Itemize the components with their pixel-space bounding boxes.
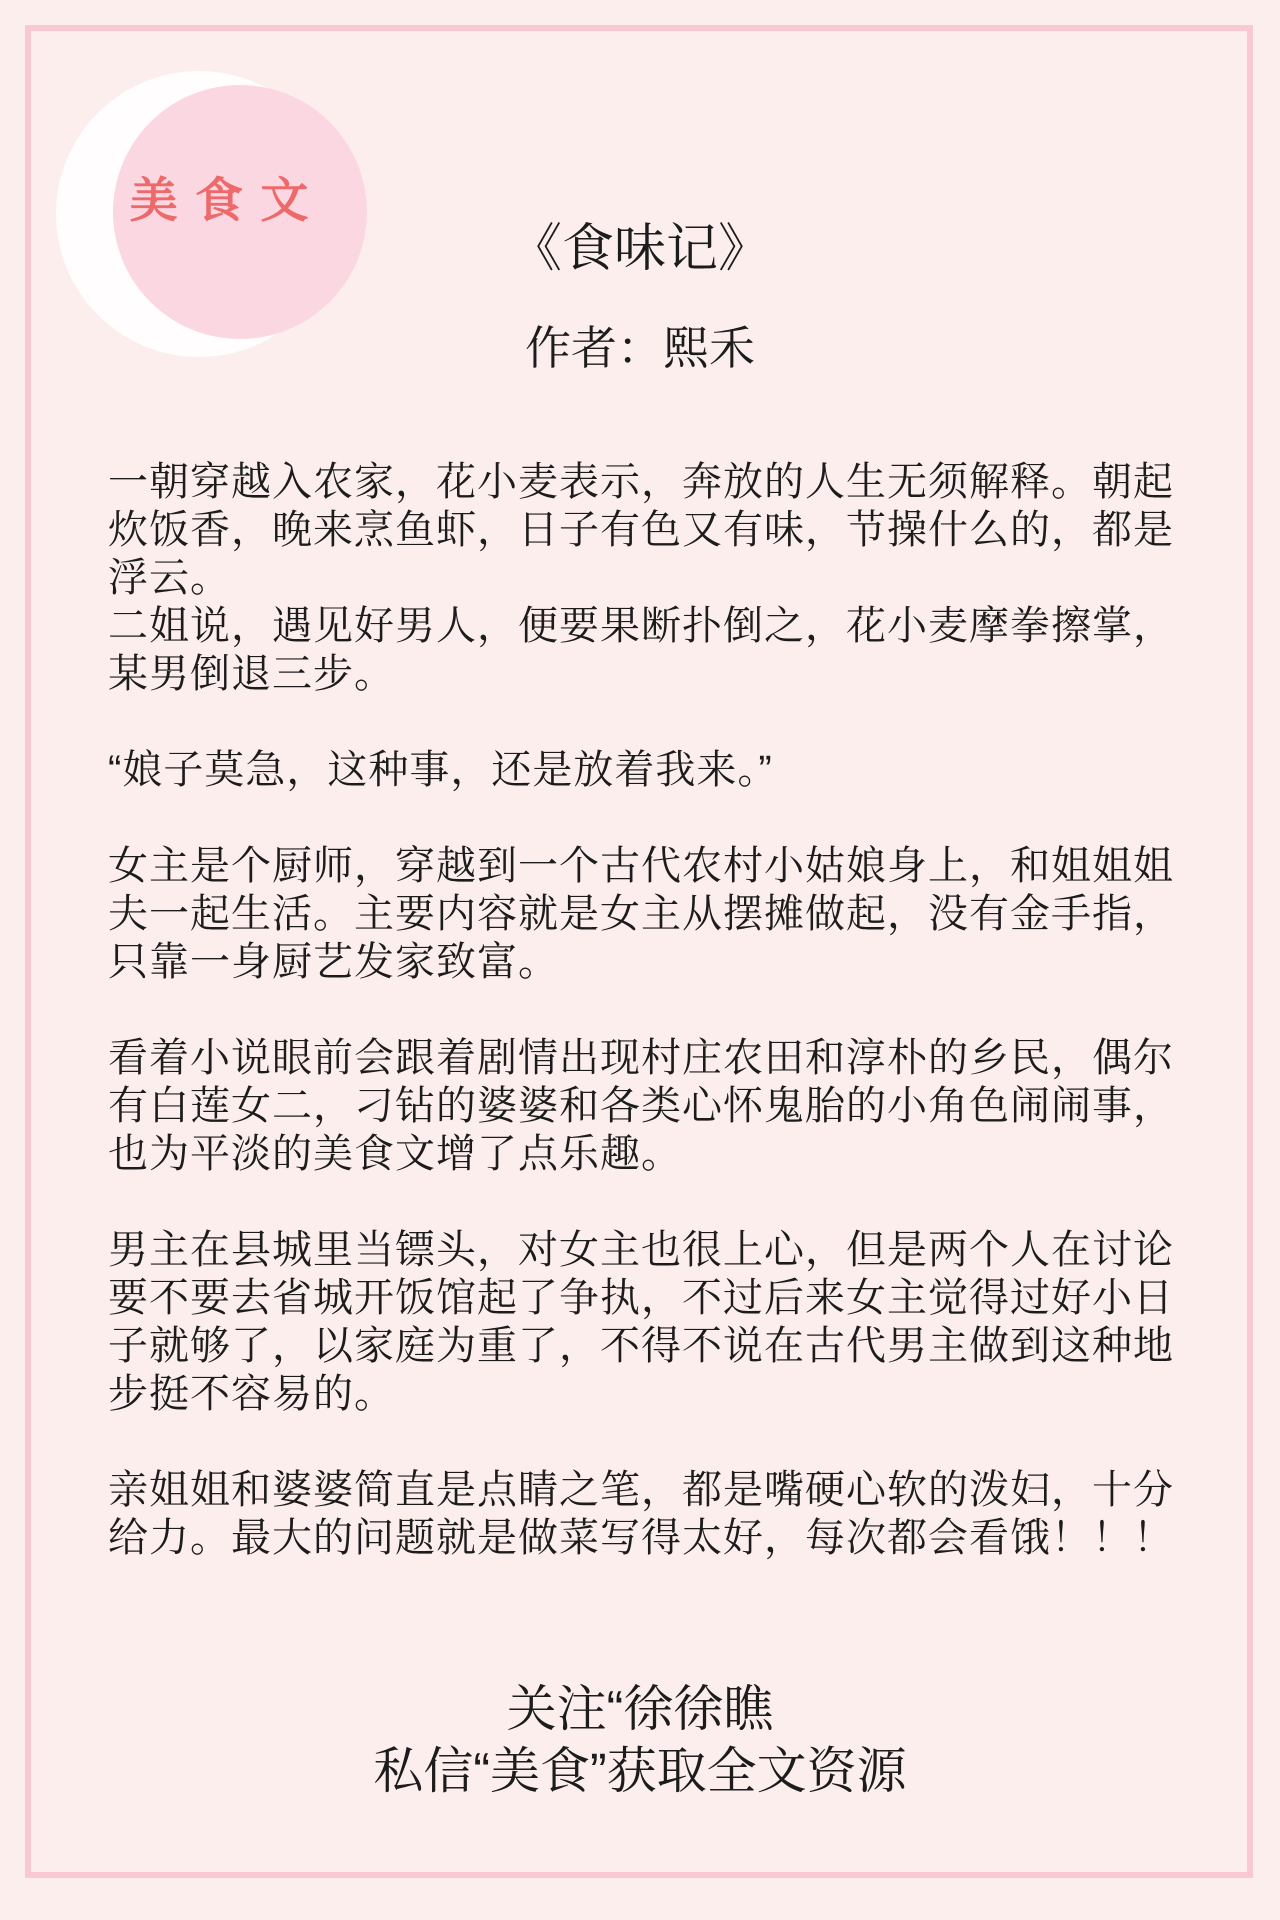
body-line: 炊饭香，晚来烹鱼虾，日子有色又有味，节操什么的，都是 <box>108 506 1198 554</box>
body-line: 男主在县城里当镖头，对女主也很上心，但是两个人在讨论 <box>108 1226 1198 1274</box>
body-line: 某男倒退三步。 <box>108 650 1198 698</box>
body-line: 要不要去省城开饭馆起了争执，不过后来女主觉得过好小日 <box>108 1274 1198 1322</box>
book-title: 《食味记》 <box>0 206 1280 281</box>
paragraph: “娘子莫急，这种事，还是放着我来。” <box>108 746 1198 794</box>
body-line: 有白莲女二，刁钻的婆婆和各类心怀鬼胎的小角色闹闹事， <box>108 1082 1198 1130</box>
body-line: 一朝穿越入农家，花小麦表示，奔放的人生无须解释。朝起 <box>108 458 1198 506</box>
body-line: 浮云。 <box>108 554 1198 602</box>
body-line: 亲姐姐和婆婆简直是点睛之笔，都是嘴硬心软的泼妇，十分 <box>108 1466 1198 1514</box>
review-text: 一朝穿越入农家，花小麦表示，奔放的人生无须解释。朝起 炊饭香，晚来烹鱼虾，日子有… <box>108 458 1198 1562</box>
body-line: 给力。最大的问题就是做菜写得太好，每次都会看饿！！！ <box>108 1514 1198 1562</box>
body-line: 看着小说眼前会跟着剧情出现村庄农田和淳朴的乡民，偶尔 <box>108 1034 1198 1082</box>
body-line: 二姐说，遇见好男人，便要果断扑倒之，花小麦摩拳擦掌， <box>108 602 1198 650</box>
body-line: 夫一起生活。主要内容就是女主从摆摊做起，没有金手指， <box>108 890 1198 938</box>
paragraph: 女主是个厨师，穿越到一个古代农村小姑娘身上，和姐姐姐 夫一起生活。主要内容就是女… <box>108 842 1198 986</box>
paragraph: 看着小说眼前会跟着剧情出现村庄农田和淳朴的乡民，偶尔 有白莲女二，刁钻的婆婆和各… <box>108 1034 1198 1178</box>
cta-line-2: 私信“美食”获取全文资源 <box>0 1740 1280 1802</box>
paragraph: 男主在县城里当镖头，对女主也很上心，但是两个人在讨论 要不要去省城开饭馆起了争执… <box>108 1226 1198 1418</box>
cta-line-1: 关注“徐徐瞧 <box>0 1678 1280 1740</box>
recommendation-card: 美 食 文 《食味记》 作者：熙禾 一朝穿越入农家，花小麦表示，奔放的人生无须解… <box>0 0 1280 1920</box>
follow-cta: 关注“徐徐瞧 私信“美食”获取全文资源 <box>0 1678 1280 1802</box>
paragraph: 一朝穿越入农家，花小麦表示，奔放的人生无须解释。朝起 炊饭香，晚来烹鱼虾，日子有… <box>108 458 1198 698</box>
body-line: 也为平淡的美食文增了点乐趣。 <box>108 1130 1198 1178</box>
paragraph: 亲姐姐和婆婆简直是点睛之笔，都是嘴硬心软的泼妇，十分 给力。最大的问题就是做菜写… <box>108 1466 1198 1562</box>
body-line: 子就够了，以家庭为重了，不得不说在古代男主做到这种地 <box>108 1322 1198 1370</box>
body-line: 只靠一身厨艺发家致富。 <box>108 938 1198 986</box>
body-line: “娘子莫急，这种事，还是放着我来。” <box>108 746 1198 794</box>
body-line: 步挺不容易的。 <box>108 1370 1198 1418</box>
body-line: 女主是个厨师，穿越到一个古代农村小姑娘身上，和姐姐姐 <box>108 842 1198 890</box>
author-line: 作者：熙禾 <box>0 312 1280 378</box>
